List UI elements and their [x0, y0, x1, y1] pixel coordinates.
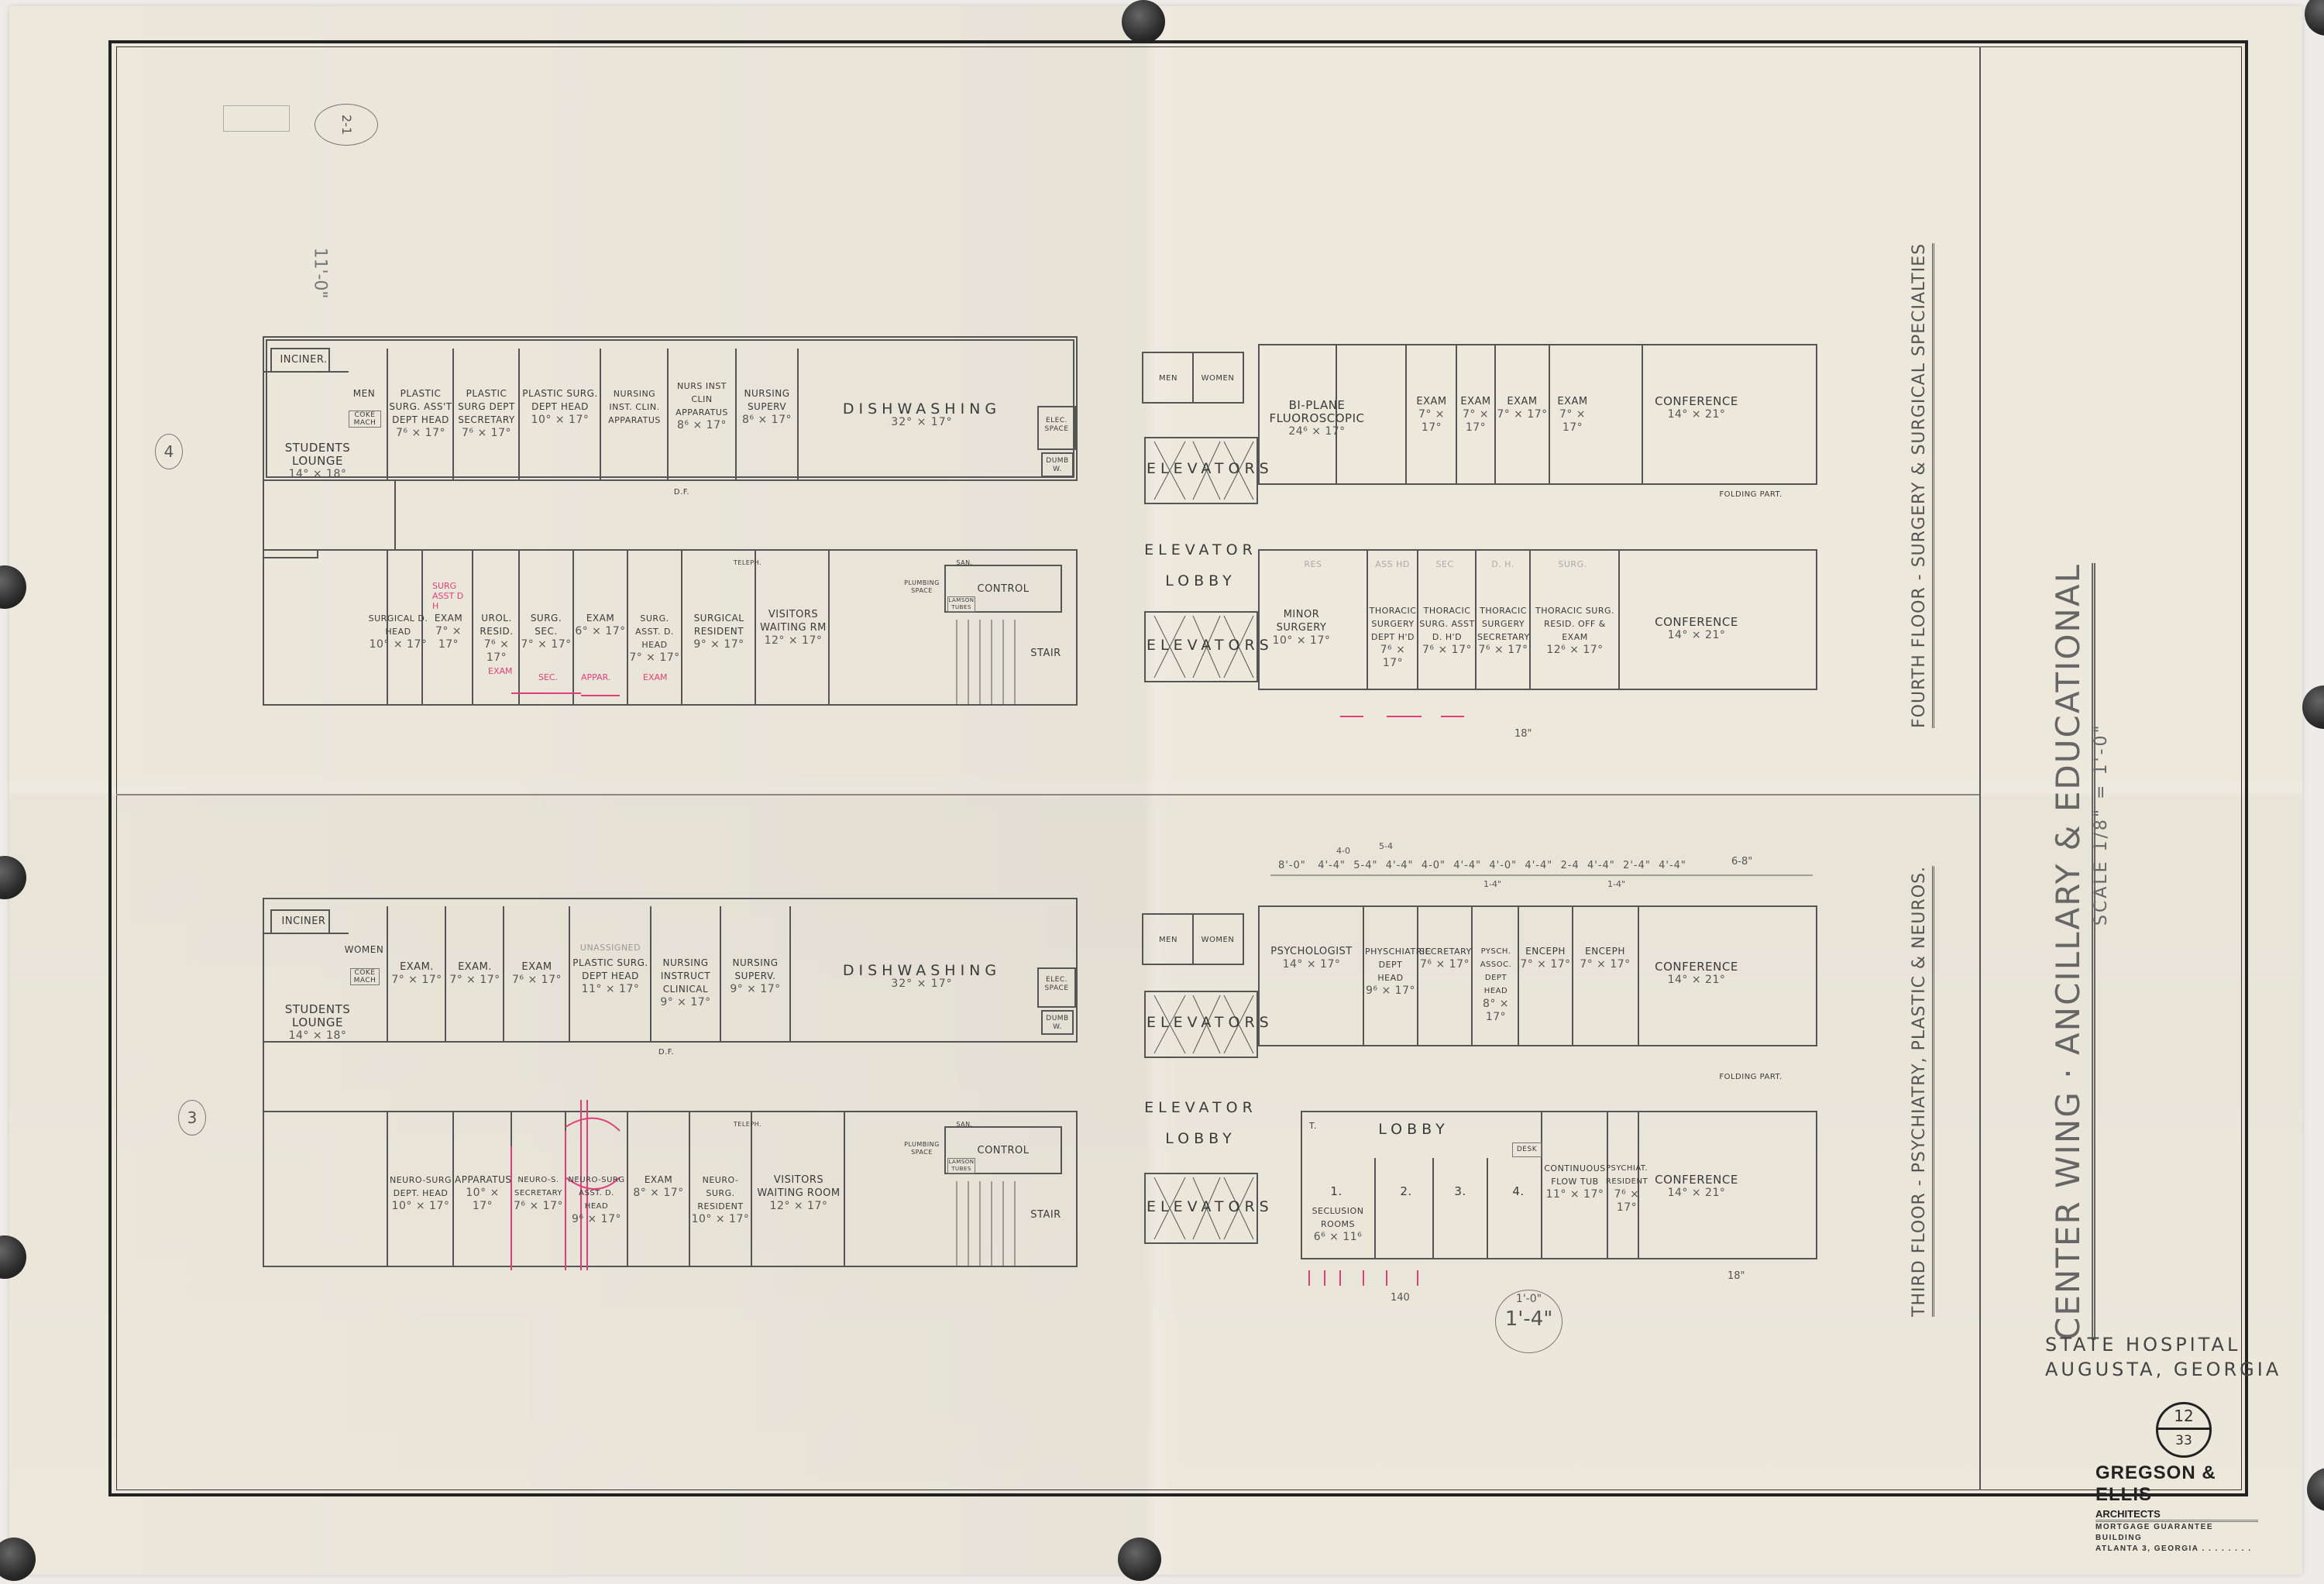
room-students-lounge: STUDENTS LOUNGE14° × 18° — [271, 1003, 364, 1043]
room-psych-assoc-dept-head: PYSCH. ASSOC. DEPT HEAD8° × 17° — [1473, 945, 1518, 1024]
room-dim: 8⁶ × 17° — [737, 414, 797, 427]
room-exam-2: EXAM7° × 17° — [1456, 395, 1495, 435]
room-label: ENCEPH — [1585, 946, 1625, 957]
room-exam-3: EXAM7° × 17° — [1495, 395, 1549, 421]
room-exam-1: EXAM.7° × 17° — [389, 960, 445, 987]
room-label: NEURO-S. SECRETARY — [514, 1176, 562, 1197]
elevators-top: ELEVATORS — [1147, 462, 1255, 476]
stair: STAIR — [1023, 1208, 1069, 1222]
room-seclusion: SECLUSION ROOMS6⁶ × 11⁶ — [1303, 1204, 1373, 1244]
room-dim: 14° × 21° — [1646, 629, 1747, 642]
faint-note-dh: D. H. — [1480, 558, 1526, 571]
project-location: AUGUSTA, GEORGIA — [2045, 1357, 2281, 1382]
room-dim: 7° × 17° — [389, 974, 445, 987]
room-dim: 10° × 17° — [364, 638, 432, 651]
third-floor-plan: 3 8'-0" 4'-4" 5-4" 4'-4" 4-0" 4'-4" 4'-0… — [256, 852, 1836, 1286]
room-label: EXAM — [1557, 396, 1587, 407]
room-label: NEURO-SURG. RESIDENT — [697, 1175, 743, 1211]
room-label: MINOR SURGERY — [1277, 609, 1327, 634]
dim-6: 4'-0" — [1489, 860, 1517, 871]
room-label: EXAM — [586, 613, 614, 624]
drawing-scale: SCALE 1/8" = 1'-0" — [2092, 723, 2111, 926]
room-conference-south: CONFERENCE14° × 21° — [1646, 1173, 1747, 1200]
room-continuous-flow-tub: CONTINUOUS FLOW TUB11° × 17° — [1543, 1162, 1607, 1201]
circled-note-text: 2-1 — [339, 115, 354, 135]
room-label: EXAM — [1416, 396, 1446, 407]
room-label: THORACIC SURG. RESID. OFF & EXAM — [1535, 606, 1614, 642]
room-exam-4: EXAM7° × 17° — [1549, 395, 1596, 435]
room-dim: 10° × 17° — [521, 414, 599, 427]
dim-10: 2'-4" — [1623, 860, 1651, 871]
room-label: BI-PLANE FLUOROSCOPIC — [1270, 398, 1365, 425]
room-visitors-waiting: VISITORS WAITING ROOM12° × 17° — [755, 1173, 842, 1213]
plumbing-space: PLUMBING SPACE — [899, 579, 945, 595]
dim-note-5-4: 5-4 — [1379, 841, 1393, 851]
project-name: STATE HOSPITAL — [2045, 1332, 2281, 1357]
room-dim: 7⁶ × 17° — [455, 427, 518, 440]
room-dim: 7⁶ × 17° — [1419, 958, 1470, 971]
pin-right-upper — [2302, 685, 2324, 729]
room-plastic-surg-dept-head: PLASTIC SURG. DEPT HEAD10° × 17° — [521, 387, 599, 427]
room-visitors-waiting: VISITORS WAITING RM12° × 17° — [758, 608, 829, 648]
room-dim: 9° × 17° — [652, 996, 719, 1009]
plan-marker-text: 4 — [164, 442, 174, 461]
room-plastic-surg-dept-head: PLASTIC SURG. DEPT HEAD11° × 17° — [571, 957, 650, 996]
plan-marker-text: 3 — [187, 1108, 198, 1127]
title-block: STATE HOSPITAL AUGUSTA, GEORGIA — [2045, 1332, 2281, 1382]
plumbing-space: PLUMBING SPACE — [899, 1141, 945, 1156]
room-conference-south: CONFERENCE14° × 21° — [1646, 616, 1747, 642]
coke-machine: COKE MACH — [349, 411, 381, 428]
sheet-number: 12 — [2158, 1404, 2209, 1430]
telephone: TELEPH. — [732, 556, 763, 569]
sanitary: SAN. — [953, 1118, 976, 1131]
room-exam-3: EXAM7⁶ × 17° — [505, 960, 569, 987]
room-exam-south-1: EXAM7° × 17° — [426, 612, 471, 651]
room-dim: 7⁶ × 17° — [1369, 644, 1417, 670]
room-thoracic-surgery-secretary: THORACIC SURGERY SECRETARY7⁶ × 17° — [1477, 604, 1529, 657]
room-dim: 7° × 17° — [1456, 408, 1495, 435]
sanitary: SAN. — [953, 556, 976, 569]
room-label: STUDENTS LOUNGE — [285, 1002, 351, 1029]
coke-machine: COKE MACH — [350, 968, 380, 985]
room-dim: 7⁶ × 17° — [505, 974, 569, 987]
room-dim: 10° × 17° — [455, 1187, 511, 1213]
room-dim: 7° × 17° — [1520, 958, 1571, 971]
dim-8: 2-4 — [1560, 860, 1579, 871]
plan-marker-fourth: 4 — [155, 434, 183, 469]
dim-6-8: 6-8" — [1731, 856, 1752, 868]
room-dim: 14° × 21° — [1646, 408, 1747, 421]
room-thoracic-surg-asst-dh: THORACIC SURG. ASST D. H'D7⁶ × 17° — [1419, 604, 1475, 657]
red-note-surg-asst-dh: SURG ASST D H — [432, 581, 471, 611]
room-exam-1: EXAM7° × 17° — [1408, 395, 1456, 435]
elevator-lobby: ELEVATOR LOBBY — [1139, 534, 1263, 596]
lamson-tubes: LAMSON TUBES — [947, 596, 975, 612]
room-label: PLASTIC SURG. DEPT HEAD — [522, 388, 597, 412]
room-label: CONFERENCE — [1655, 960, 1738, 974]
room-plastic-surg-asst-dept-head: PLASTIC SURG. ASS'T DEPT HEAD7⁶ × 17° — [389, 387, 452, 440]
dim-9: 4'-4" — [1587, 860, 1615, 871]
room-exam-2: EXAM.7° × 17° — [447, 960, 503, 987]
room-dim: 11° × 17° — [571, 983, 650, 996]
fourth-floor-title: FOURTH FLOOR - SURGERY & SURGICAL SPECIA… — [1910, 243, 1934, 728]
room-neuro-surg-dept-head: NEURO-SURG DEPT. HEAD10° × 17° — [389, 1173, 452, 1213]
room-label: NEURO-SURG DEPT. HEAD — [390, 1175, 452, 1198]
room-men: MEN — [345, 387, 383, 400]
room-dim: 14° × 18° — [271, 468, 364, 481]
room-enceph-2: ENCEPH7° × 17° — [1574, 945, 1636, 971]
room-psychiat-resident: PSYCHIAT. RESIDENT7⁶ × 17° — [1604, 1162, 1650, 1215]
title-strip-divider — [1979, 46, 1981, 1490]
room-surgical-resident: SURGICAL RESIDENT9° × 17° — [683, 612, 755, 651]
dim-note-140: 140 — [1391, 1292, 1410, 1304]
seclusion-room-4: 4. — [1511, 1185, 1526, 1198]
room-label: SECLUSION ROOMS — [1312, 1206, 1364, 1229]
elec-space: ELEC. SPACE — [1040, 417, 1074, 434]
room-control: CONTROL — [976, 1144, 1030, 1157]
dim-5: 4'-4" — [1453, 860, 1481, 871]
elec-space: ELEC. SPACE — [1040, 976, 1074, 993]
room-dim: 7° × 17° — [447, 974, 503, 987]
toilet-t: T. — [1305, 1119, 1321, 1132]
pin-bottom-center — [1118, 1538, 1161, 1581]
room-dim: 10° × 17° — [691, 1213, 750, 1226]
dim-2: 5-4" — [1353, 860, 1377, 871]
room-dim: 7° × 17° — [1495, 408, 1549, 421]
room-label: NURSING SUPERV — [744, 388, 789, 412]
room-apparatus: NURS INST CLIN APPARATUS8⁶ × 17° — [669, 380, 735, 432]
circled-note-bottom: 1'-0" 1'-4" — [1495, 1290, 1563, 1353]
room-dim: 8° × 17° — [1473, 998, 1518, 1024]
toilet-women: WOMEN — [1195, 933, 1241, 947]
room-dim: 12° × 17° — [758, 634, 829, 648]
room-urol-resid: UROL. RESID.7⁶ × 17° — [474, 612, 519, 665]
red-note-exam: EXAM — [488, 666, 513, 676]
faint-note-res: RES — [1290, 558, 1336, 571]
room-dim: 8° × 17° — [629, 1187, 688, 1200]
room-dim: 7⁶ × 17° — [513, 1200, 564, 1213]
room-label: DISHWASHING — [843, 400, 1001, 417]
elevator-lobby: ELEVATOR LOBBY — [1139, 1092, 1263, 1154]
dim-note-1-4-b: 1-4" — [1607, 879, 1625, 889]
circled-note-value: 1'-4" — [1496, 1307, 1562, 1331]
room-dim: 24⁶ × 17° — [1263, 425, 1371, 438]
dim-11: 4'-4" — [1659, 860, 1686, 871]
room-nursing-superv: NURSING SUPERV.9° × 17° — [722, 957, 789, 996]
room-label: EXAM — [1507, 396, 1537, 407]
room-label: VISITORS WAITING ROOM — [757, 1174, 840, 1199]
firm-address-2: ATLANTA 3, GEORGIA . . . . . . . . — [2095, 1544, 2258, 1555]
room-dim: 12° × 17° — [755, 1200, 842, 1213]
room-thoracic-surgery-dept-head: THORACIC SURGERY DEPT H'D7⁶ × 17° — [1369, 604, 1417, 670]
dim-7: 4'-4" — [1525, 860, 1552, 871]
dimension-string: 8'-0" 4'-4" 5-4" 4'-4" 4-0" 4'-4" 4'-0" … — [1278, 860, 1686, 871]
stair: STAIR — [1023, 647, 1069, 660]
circled-note-top-value: 1'-0" — [1496, 1290, 1562, 1307]
room-dim: 6⁶ × 11⁶ — [1303, 1231, 1373, 1244]
room-label: APPARATUS — [455, 1174, 511, 1185]
room-nursing-superv: NURSING SUPERV8⁶ × 17° — [737, 387, 797, 427]
seclusion-room-3: 3. — [1452, 1185, 1468, 1198]
pin-top-right — [2305, 0, 2324, 36]
architect-stamp: GREGSON & ELLIS ARCHITECTS MORTGAGE GUAR… — [2095, 1462, 2258, 1555]
red-note-sec: SEC. — [538, 672, 558, 682]
toilet-women: WOMEN — [1195, 372, 1241, 385]
room-label: EXAM. — [458, 961, 492, 973]
room-dim: 7° × 17° — [629, 651, 680, 665]
room-dim: 7° × 17° — [426, 625, 471, 651]
dim-3: 4'-4" — [1386, 860, 1414, 871]
pin-top-center — [1122, 0, 1165, 43]
room-label: PYSCH. ASSOC. DEPT HEAD — [1480, 947, 1512, 995]
room-dishwashing: DISHWASHING32° × 17° — [829, 403, 1015, 429]
room-dim: 7° × 17° — [1549, 408, 1596, 435]
circled-note-top-left: 2-1 — [315, 104, 378, 146]
room-students-lounge: STUDENTS LOUNGE14° × 18° — [271, 442, 364, 481]
dim-note-1-4-a: 1-4" — [1483, 879, 1501, 889]
room-label: SURGICAL D. HEAD — [369, 613, 428, 637]
room-label: THORACIC SURGERY SECRETARY — [1477, 606, 1530, 642]
room-label: CONFERENCE — [1655, 1173, 1738, 1187]
room-dim: 6° × 17° — [575, 625, 626, 638]
toilet-men: MEN — [1145, 933, 1191, 947]
room-dim: 7° × 17° — [521, 638, 572, 651]
room-label: EXAM — [521, 961, 552, 973]
room-dim: 14° × 21° — [1646, 1187, 1747, 1200]
room-neuro-surg-asst-dept-head: NEURO-SURG ASST. D. HEAD9⁶ × 17° — [567, 1173, 626, 1226]
faint-note-ass-hd: ASS HD — [1371, 558, 1414, 571]
room-label: NURS INST CLIN APPARATUS — [676, 381, 728, 417]
lamson-tubes: LAMSON TUBES — [947, 1158, 975, 1173]
room-label: UROL. RESID. — [480, 613, 513, 637]
room-label: SECRETARY — [1419, 947, 1472, 957]
room-dim: 8⁶ × 17° — [669, 419, 735, 432]
room-dim: 9° × 17° — [683, 638, 755, 651]
room-label: SURG. ASST. D. HEAD — [635, 613, 674, 650]
room-exam-south: EXAM8° × 17° — [629, 1173, 688, 1200]
room-dim: 14° × 21° — [1646, 974, 1747, 987]
third-floor-title: THIRD FLOOR - PSYCHIATRY, PLASTIC & NEUR… — [1910, 866, 1934, 1317]
room-label: SURG. SEC. — [531, 613, 562, 637]
room-label: CONFERENCE — [1655, 394, 1738, 408]
room-conference-north: CONFERENCE14° × 21° — [1646, 960, 1747, 987]
margin-note-top-left: 11'-0" — [311, 247, 330, 298]
drinking-fountain: D.F. — [655, 1046, 678, 1059]
room-dim: 32° × 17° — [829, 978, 1015, 991]
room-nursing-instruct-clinical: NURSING INSTRUCT CLINICAL9° × 17° — [652, 957, 719, 1009]
dim-note-4-0: 4-0 — [1336, 846, 1350, 856]
seclusion-room-1: 1. — [1329, 1185, 1344, 1198]
plan-marker-third: 3 — [178, 1100, 206, 1136]
room-label: PSYCHIAT. RESIDENT — [1606, 1164, 1648, 1186]
faint-note-unassigned: UNASSIGNED — [573, 941, 648, 954]
drinking-fountain: D.F. — [670, 486, 693, 499]
dim-note-18: 18" — [1514, 728, 1532, 740]
room-dim: 7° × 17° — [1408, 408, 1456, 435]
pin-right-lower — [2307, 1468, 2324, 1511]
room-psychologist: PSYCHOLOGIST14° × 17° — [1260, 945, 1363, 971]
room-dim: 9⁶ × 17° — [567, 1213, 626, 1226]
fourth-floor-plan: 4 INCINER. MEN COKE MACH STUDENTS LOUNGE… — [256, 325, 1836, 728]
room-plastic-surg-dept-secretary: PLASTIC SURG DEPT SECRETARY7⁶ × 17° — [455, 387, 518, 440]
room-label: EXAM — [435, 613, 462, 624]
room-neuro-s-secretary: NEURO-S. SECRETARY7⁶ × 17° — [513, 1173, 564, 1213]
room-label: DISHWASHING — [843, 962, 1001, 979]
room-label: NURSING INSTRUCT CLINICAL — [661, 957, 710, 995]
dumbwaiter: DUMB W. — [1042, 457, 1073, 474]
faint-note-sec: SEC — [1422, 558, 1468, 571]
room-label: PLASTIC SURG. ASS'T DEPT HEAD — [389, 388, 452, 425]
room-secretary: SECRETARY7⁶ × 17° — [1419, 945, 1470, 971]
firm-name: GREGSON & ELLIS — [2095, 1462, 2258, 1506]
seclusion-room-2: 2. — [1398, 1185, 1414, 1198]
plan-divider — [116, 794, 1979, 795]
room-surg-asst-dept-head: SURG. ASST. D. HEAD7° × 17° — [629, 612, 680, 665]
room-dim: 10° × 17° — [389, 1200, 452, 1213]
room-label: CONFERENCE — [1655, 615, 1738, 629]
sheet-number-badge: 12 33 — [2156, 1402, 2212, 1458]
faint-note-surg: SURG. — [1549, 558, 1596, 571]
room-label: NURSING SUPERV. — [732, 957, 778, 981]
room-neuro-surg-resident: NEURO-SURG. RESIDENT10° × 17° — [691, 1173, 750, 1226]
room-dim: 7⁶ × 17° — [389, 427, 452, 440]
firm-address-1: MORTGAGE GUARANTEE BUILDING — [2095, 1522, 2258, 1544]
room-dim: 11° × 17° — [1543, 1188, 1607, 1201]
telephone: TELEPH. — [732, 1118, 763, 1131]
lobby: LOBBY — [1356, 1123, 1472, 1136]
elevators-bottom: ELEVATORS — [1147, 639, 1255, 652]
room-label: EXAM. — [400, 961, 434, 973]
room-label: STUDENTS LOUNGE — [285, 441, 351, 468]
room-nursing-inst-clin: NURSING INST. CLIN. APPARATUS — [602, 387, 667, 427]
folding-partition: FOLDING PART. — [1712, 488, 1789, 501]
room-label: THORACIC SURGERY DEPT H'D — [1370, 606, 1417, 642]
room-dim: 10° × 17° — [1263, 634, 1340, 648]
room-dim: 7⁶ × 17° — [1604, 1188, 1650, 1215]
dim-4: 4-0" — [1422, 860, 1446, 871]
room-label: VISITORS WAITING RM — [760, 609, 827, 634]
room-label: PSYCHOLOGIST — [1270, 946, 1353, 957]
room-incinerator: INCINER — [273, 915, 335, 928]
room-conference-north: CONFERENCE14° × 21° — [1646, 395, 1747, 421]
room-minor-surgery: MINOR SURGERY10° × 17° — [1263, 608, 1340, 648]
room-exam-south-2: EXAM6° × 17° — [575, 612, 626, 638]
room-dim: 14° × 17° — [1260, 958, 1363, 971]
room-dim: 7⁶ × 17° — [474, 638, 519, 665]
dim-0: 8'-0" — [1278, 860, 1306, 871]
desk: DESK — [1512, 1142, 1542, 1157]
drawing-title: CENTER WING · ANCILLARY & EDUCATIONAL — [2049, 563, 2095, 1340]
room-thoracic-surg-resid-off: THORACIC SURG. RESID. OFF & EXAM12⁶ × 17… — [1532, 604, 1618, 657]
dumbwaiter: DUMB W. — [1042, 1015, 1073, 1032]
room-surg-sec: SURG. SEC.7° × 17° — [521, 612, 572, 651]
room-enceph-1: ENCEPH7° × 17° — [1520, 945, 1571, 971]
toilet-men: MEN — [1145, 372, 1191, 385]
dim-note-18: 18" — [1728, 1270, 1745, 1282]
room-physchiatric-dept-head: PHYSCHIATRIC DEPT HEAD9⁶ × 17° — [1365, 945, 1416, 998]
room-incinerator: INCINER. — [273, 353, 335, 366]
room-label: ENCEPH — [1525, 946, 1566, 957]
room-biplane-fluoroscopic: BI-PLANE FLUOROSCOPIC24⁶ × 17° — [1263, 399, 1371, 438]
room-dim: 9° × 17° — [722, 983, 789, 996]
red-note-exam-2: EXAM — [643, 672, 668, 682]
room-label: CONTINUOUS FLOW TUB — [1544, 1163, 1606, 1187]
elevators-top: ELEVATORS — [1147, 1016, 1255, 1029]
room-dim: 7° × 17° — [1574, 958, 1636, 971]
firm-subtitle: ARCHITECTS — [2095, 1508, 2258, 1522]
room-label: PLASTIC SURG DEPT SECRETARY — [458, 388, 515, 425]
room-surgical-dept-head: SURGICAL D. HEAD10° × 17° — [364, 612, 432, 651]
room-label: NEURO-SURG ASST. D. HEAD — [568, 1176, 624, 1211]
red-note-appar: APPAR. — [581, 672, 610, 682]
dim-1: 4'-4" — [1318, 860, 1346, 871]
room-apparatus: APPARATUS10° × 17° — [455, 1173, 511, 1213]
room-dim: 32° × 17° — [829, 416, 1015, 429]
room-dim: 7⁶ × 17° — [1477, 644, 1529, 657]
room-dim: 7⁶ × 17° — [1419, 644, 1475, 657]
room-dim: 12⁶ × 17° — [1532, 644, 1618, 657]
margin-sketch-box — [223, 105, 290, 132]
elevators-bottom: ELEVATORS — [1147, 1201, 1255, 1214]
room-label: EXAM — [645, 1174, 672, 1185]
room-dim: 9⁶ × 17° — [1365, 984, 1416, 998]
room-label: THORACIC SURG. ASST D. H'D — [1419, 606, 1474, 642]
room-label: EXAM — [1460, 396, 1490, 407]
folding-partition: FOLDING PART. — [1712, 1070, 1789, 1084]
sheet-total: 33 — [2158, 1430, 2209, 1452]
margin-note-text: 11'-0" — [311, 247, 330, 298]
room-label: PLASTIC SURG. DEPT HEAD — [572, 957, 648, 981]
room-women: WOMEN — [341, 943, 387, 957]
room-label: SURGICAL RESIDENT — [694, 613, 744, 637]
room-dim: 14° × 18° — [271, 1029, 364, 1043]
room-control: CONTROL — [976, 582, 1030, 596]
room-dishwashing: DISHWASHING32° × 17° — [829, 964, 1015, 991]
